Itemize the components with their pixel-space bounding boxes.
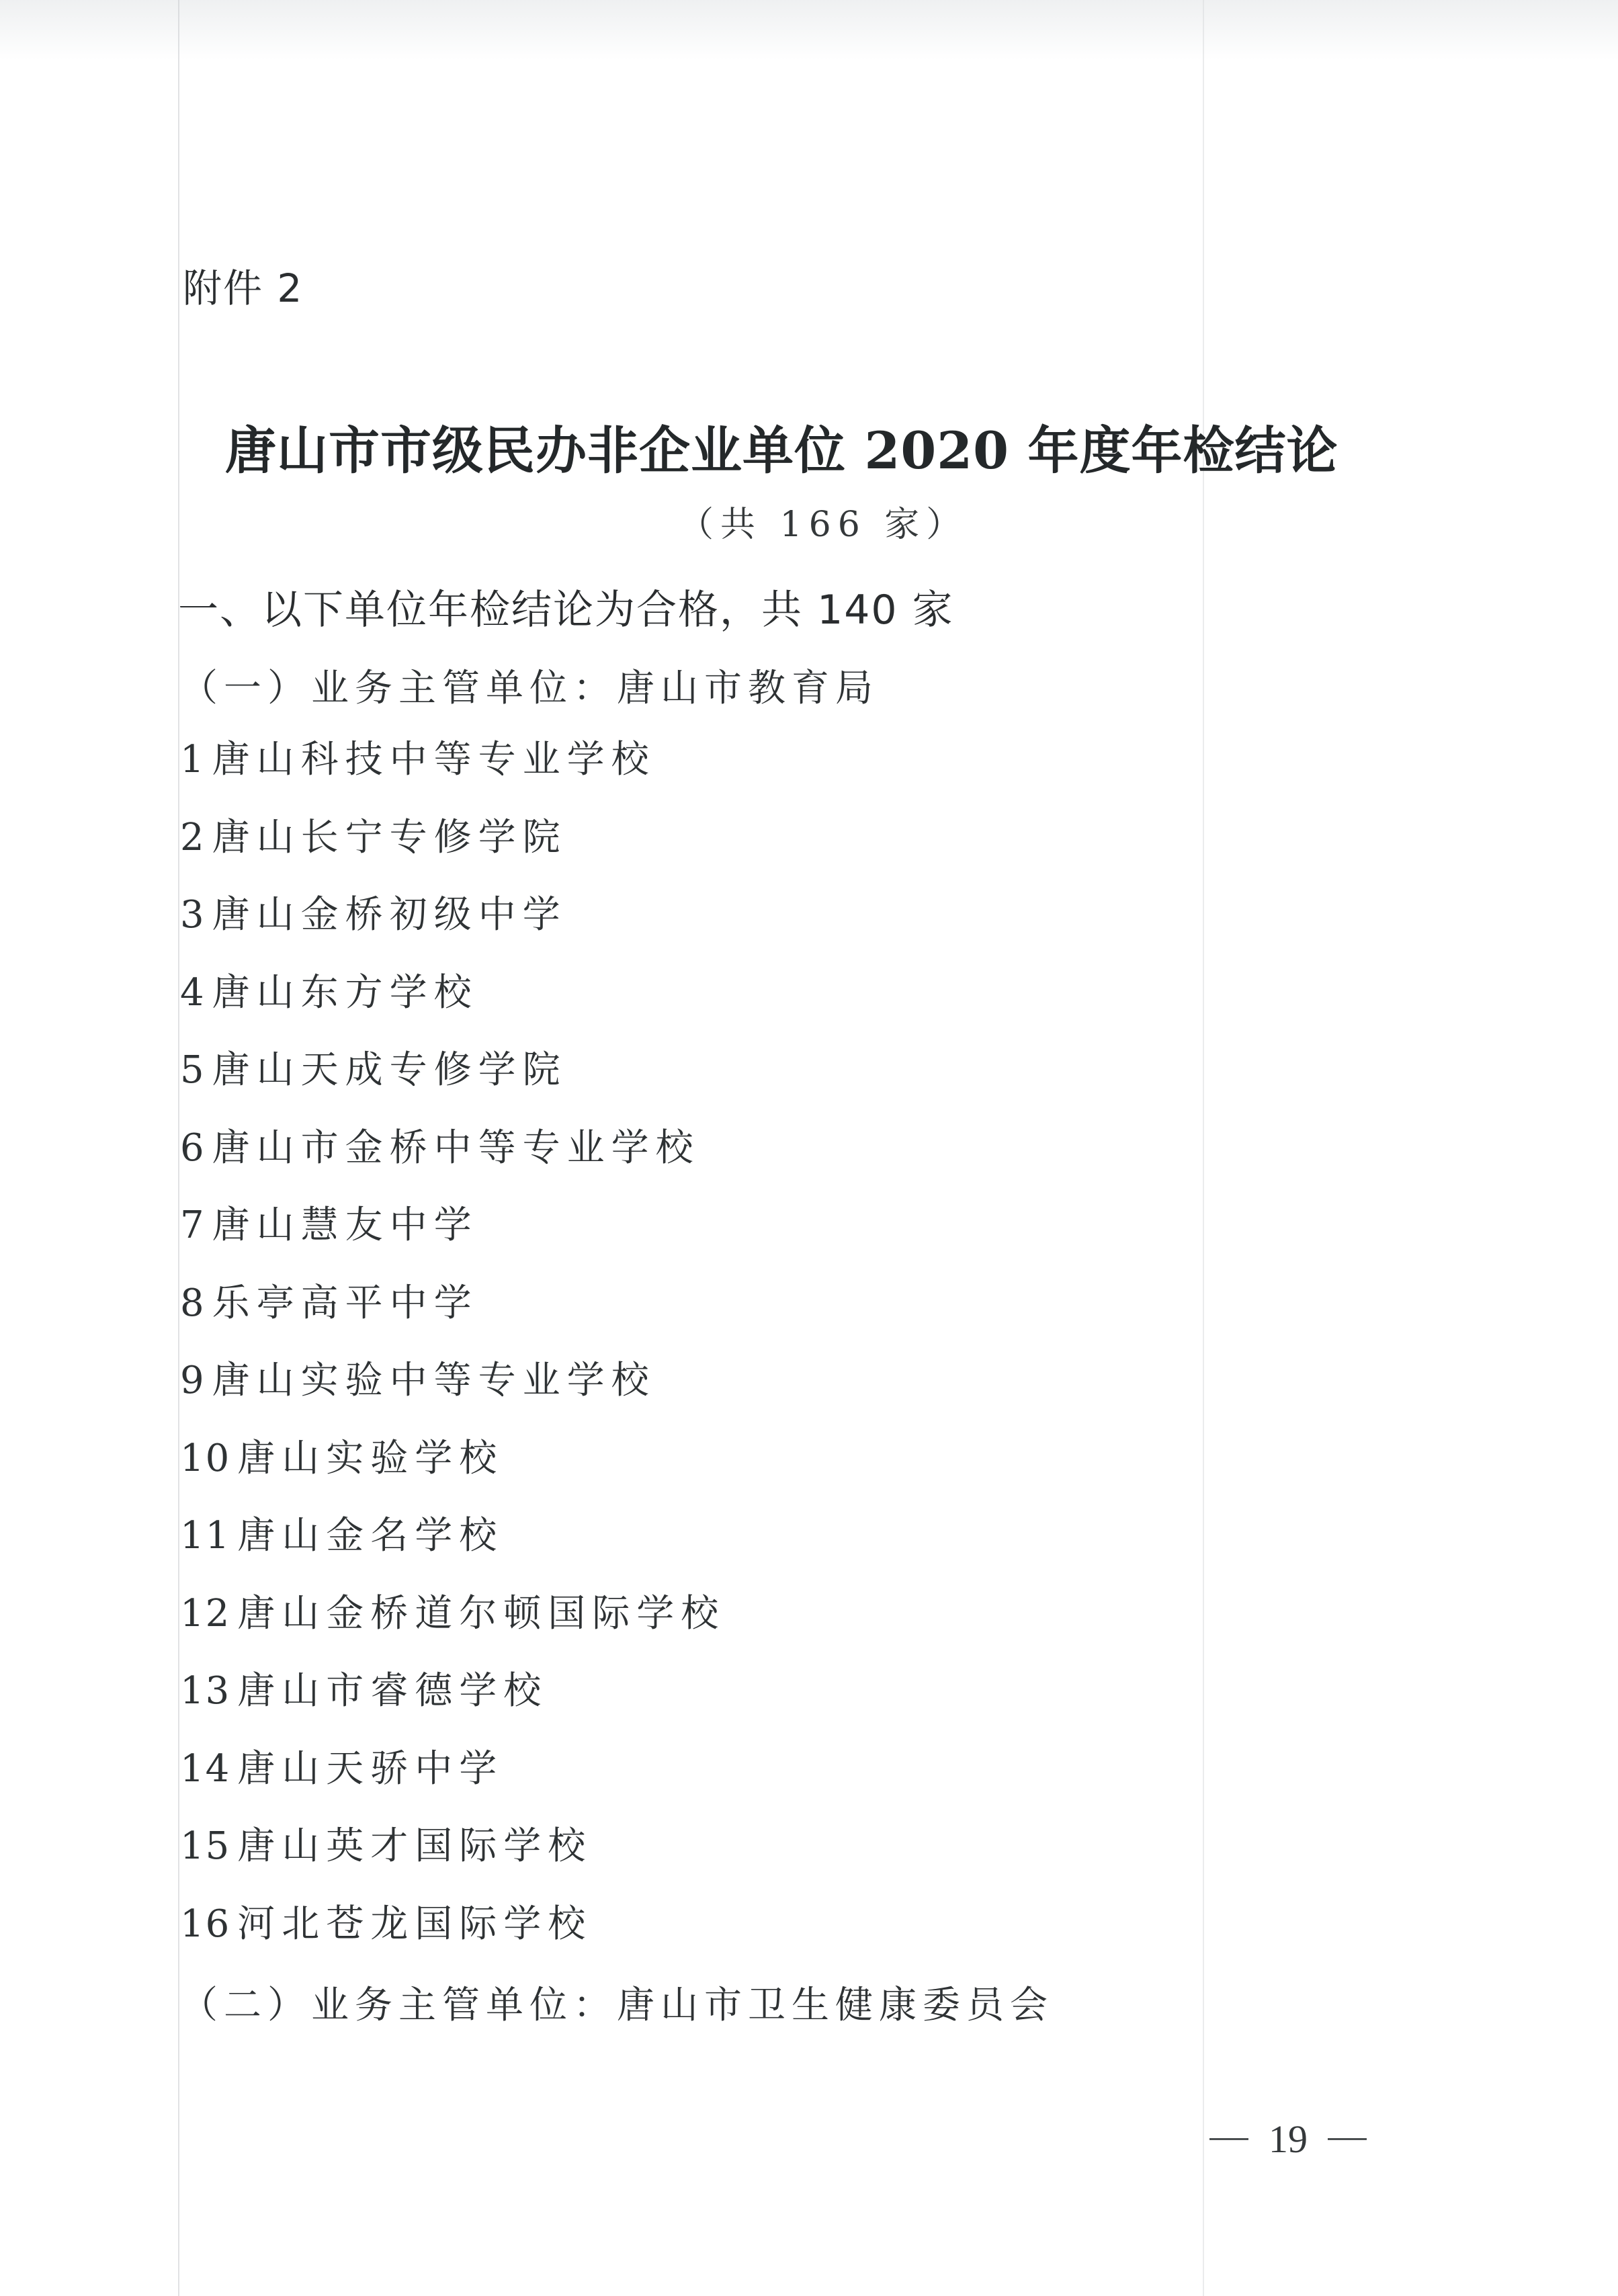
organization-name: 唐山长宁专修学院 xyxy=(212,816,567,859)
item-number: 10 xyxy=(180,1437,230,1480)
list-item: 15唐山英才国际学校 xyxy=(180,1823,725,1901)
page-footer: 19 xyxy=(1209,2117,1367,2162)
group-heading-education-bureau: （一）业务主管单位：唐山市教育局 xyxy=(180,658,879,712)
organization-name: 唐山金桥初级中学 xyxy=(212,893,567,937)
list-item: 11唐山金名学校 xyxy=(180,1513,725,1590)
page-number: 19 xyxy=(1269,2117,1308,2162)
item-number: 3 xyxy=(180,893,206,937)
attachment-label: 附件 2 xyxy=(183,257,303,313)
list-item: 12唐山金桥道尔顿国际学校 xyxy=(180,1590,725,1668)
section-heading-qualified: 一、以下单位年检结论为合格，共 140 家 xyxy=(178,578,954,636)
item-number: 9 xyxy=(180,1359,206,1402)
organization-list-education: 1唐山科技中等专业学校 2唐山长宁专修学院 3唐山金桥初级中学 4唐山东方学校 … xyxy=(180,736,725,1978)
list-item: 6唐山市金桥中等专业学校 xyxy=(180,1125,725,1203)
list-item: 13唐山市睿德学校 xyxy=(180,1668,725,1746)
item-number: 15 xyxy=(180,1824,230,1868)
item-number: 8 xyxy=(180,1281,206,1325)
item-number: 5 xyxy=(180,1048,206,1092)
list-item: 7唐山慧友中学 xyxy=(180,1202,725,1280)
list-item: 5唐山天成专修学院 xyxy=(180,1047,725,1125)
scan-edge-line-left xyxy=(178,0,179,2296)
list-item: 1唐山科技中等专业学校 xyxy=(180,736,725,814)
organization-name: 唐山天成专修学院 xyxy=(212,1048,567,1092)
list-item: 2唐山长宁专修学院 xyxy=(180,814,725,892)
organization-name: 唐山实验学校 xyxy=(237,1437,503,1480)
organization-name: 唐山东方学校 xyxy=(212,971,478,1015)
page-dash-right xyxy=(1328,2138,1367,2140)
organization-name: 唐山实验中等专业学校 xyxy=(212,1359,656,1402)
list-item: 9唐山实验中等专业学校 xyxy=(180,1357,725,1435)
list-item: 14唐山天骄中学 xyxy=(180,1746,725,1824)
list-item: 16河北苍龙国际学校 xyxy=(180,1901,725,1979)
organization-name: 唐山金名学校 xyxy=(237,1514,503,1558)
item-number: 4 xyxy=(180,971,206,1015)
document-subtitle-total-count: （共 166 家） xyxy=(679,496,968,546)
organization-name: 河北苍龙国际学校 xyxy=(237,1902,592,1946)
list-item: 8乐亭高平中学 xyxy=(180,1280,725,1358)
list-item: 10唐山实验学校 xyxy=(180,1435,725,1513)
list-item: 3唐山金桥初级中学 xyxy=(180,892,725,970)
item-number: 2 xyxy=(180,816,206,859)
document-title: 唐山市市级民办非企业单位 2020 年度年检结论 xyxy=(225,410,1381,483)
organization-name: 唐山天骄中学 xyxy=(237,1747,503,1791)
organization-name: 唐山市睿德学校 xyxy=(237,1669,548,1713)
item-number: 13 xyxy=(180,1669,230,1713)
organization-name: 唐山金桥道尔顿国际学校 xyxy=(237,1592,725,1635)
organization-name: 乐亭高平中学 xyxy=(212,1281,478,1325)
organization-name: 唐山市金桥中等专业学校 xyxy=(212,1126,700,1170)
organization-name: 唐山慧友中学 xyxy=(212,1203,478,1247)
item-number: 11 xyxy=(180,1514,230,1558)
organization-name: 唐山科技中等专业学校 xyxy=(212,738,656,781)
item-number: 6 xyxy=(180,1126,206,1170)
scan-shading xyxy=(0,0,1618,60)
list-item: 4唐山东方学校 xyxy=(180,970,725,1048)
item-number: 14 xyxy=(180,1747,230,1791)
group-heading-health-commission: （二）业务主管单位：唐山市卫生健康委员会 xyxy=(180,1975,1054,2029)
page-dash-left xyxy=(1209,2138,1248,2140)
item-number: 16 xyxy=(180,1902,230,1946)
item-number: 1 xyxy=(180,738,206,781)
item-number: 12 xyxy=(180,1592,230,1635)
scan-edge-line-right xyxy=(1203,0,1204,2296)
item-number: 7 xyxy=(180,1203,206,1247)
organization-name: 唐山英才国际学校 xyxy=(237,1824,592,1868)
